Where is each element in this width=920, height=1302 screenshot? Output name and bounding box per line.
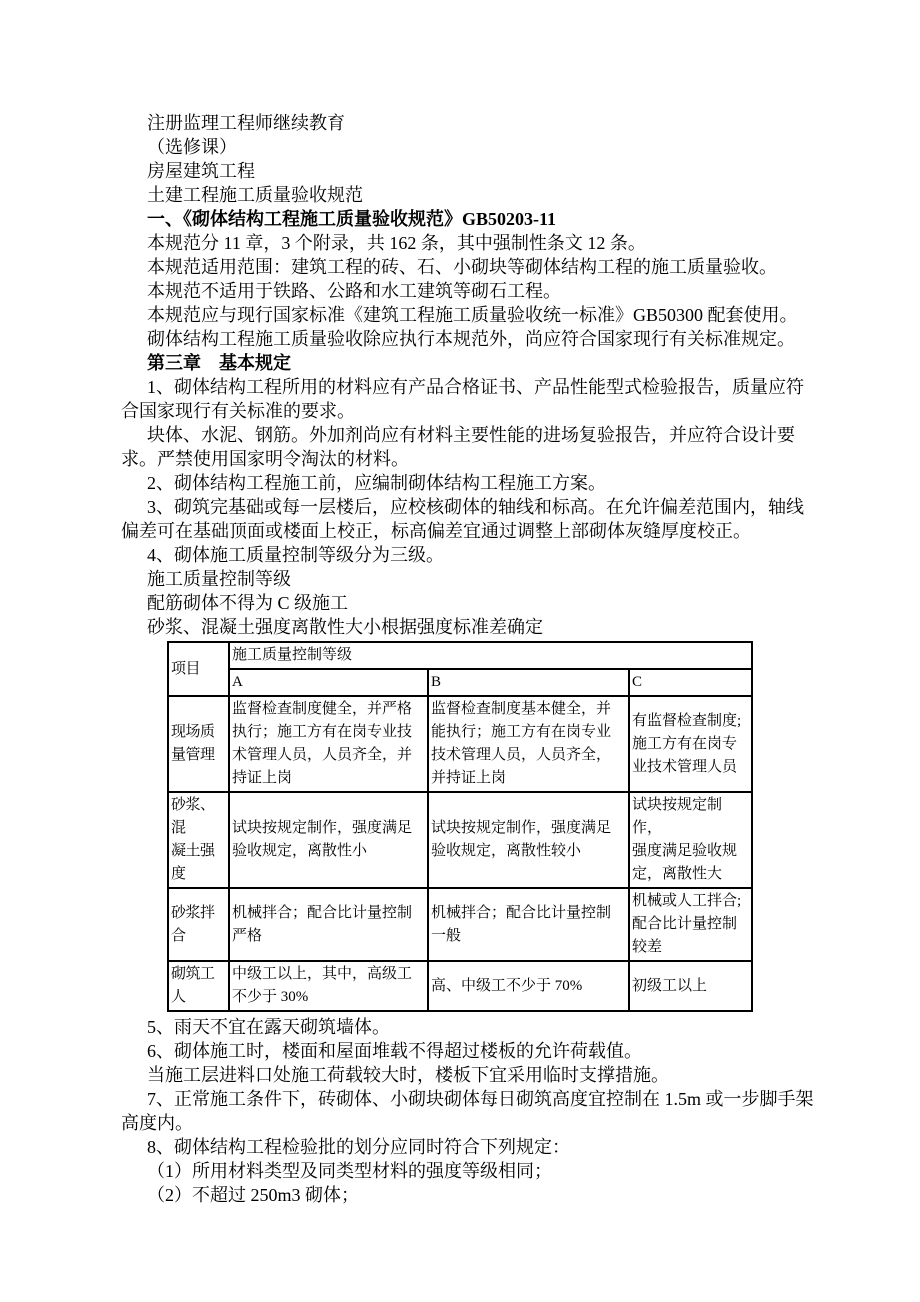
- heading-gb50203: 一、《砌体结构工程施工质量验收规范》GB50203-11: [121, 207, 821, 231]
- paragraph: 砌体结构工程施工质量验收除应执行本规范外，尚应符合国家现行有关标准规定。: [121, 327, 821, 351]
- paragraph: 本规范适用范围：建筑工程的砖、石、小砌块等砌体结构工程的施工质量验收。: [121, 255, 821, 279]
- cell-grade-b: 监督检查制度基本健全，并 能执行；施工方有在岗专业 技术管理人员，人员齐全， 并…: [428, 696, 629, 792]
- table-header-grade-a: A: [229, 669, 428, 696]
- cell-grade-a: 监督检查制度健全，并严格 执行；施工方有在岗专业技 术管理人员，人员齐全，并 持…: [229, 696, 428, 792]
- table-row-site-quality: 现场质 量管理 监督检查制度健全，并严格 执行；施工方有在岗专业技 术管理人员，…: [168, 696, 752, 792]
- paragraph: 砂浆、混凝土强度离散性大小根据强度标准差确定: [121, 615, 821, 639]
- table-header-grade-b: B: [428, 669, 629, 696]
- paragraph: 配筋砌体不得为 C 级施工: [121, 591, 821, 615]
- cell-grade-c: 有监督检查制度; 施工方有在岗专 业技术管理人员: [629, 696, 752, 792]
- table-row-mortar-strength: 砂浆、混 凝土强 度 试块按规定制作，强度满足 验收规定，离散性小 试块按规定制…: [168, 792, 752, 888]
- table-row-mortar-mixing: 砂浆拌 合 机械拌合；配合比计量控制 严格 机械拌合；配合比计量控制 一般 机械…: [168, 888, 752, 961]
- row-item-label: 现场质 量管理: [168, 696, 229, 792]
- paragraph: 5、雨天不宜在露天砌筑墙体。: [121, 1015, 821, 1039]
- paragraph: 当施工层进料口处施工荷载较大时，楼板下宜采用临时支撑措施。: [121, 1063, 821, 1087]
- row-item-label: 砌筑工 人: [168, 961, 229, 1011]
- paragraph: 施工质量控制等级: [121, 567, 821, 591]
- cell-grade-c: 机械或人工拌合; 配合比计量控制 较差: [629, 888, 752, 961]
- table-row-masons: 砌筑工 人 中级工以上，其中，高级工 不少于 30% 高、中级工不少于 70% …: [168, 961, 752, 1011]
- row-item-label: 砂浆、混 凝土强 度: [168, 792, 229, 888]
- row-item-label: 砂浆拌 合: [168, 888, 229, 961]
- table-header-group: 施工质量控制等级: [229, 642, 752, 669]
- paragraph: 8、砌体结构工程检验批的划分应同时符合下列规定：: [121, 1135, 821, 1159]
- paragraph: 房屋建筑工程: [121, 159, 821, 183]
- document-body: 注册监理工程师继续教育 （选修课） 房屋建筑工程 土建工程施工质量验收规范 一、…: [121, 111, 821, 1207]
- paragraph: 本规范应与现行国家标准《建筑工程施工质量验收统一标准》GB50300 配套使用。: [121, 303, 821, 327]
- paragraph: 本规范不适用于铁路、公路和水工建筑等砌石工程。: [121, 279, 821, 303]
- cell-grade-b: 试块按规定制作，强度满足 验收规定，离散性较小: [428, 792, 629, 888]
- cell-grade-c: 初级工以上: [629, 961, 752, 1011]
- cell-grade-b: 高、中级工不少于 70%: [428, 961, 629, 1011]
- table-header-grade-c: C: [629, 669, 752, 696]
- paragraph: 2、砌体结构工程施工前，应编制砌体结构工程施工方案。: [121, 471, 821, 495]
- paragraph: 3、砌筑完基础或每一层楼后，应校核砌体的轴线和标高。在允许偏差范围内，轴线偏差可…: [121, 495, 821, 543]
- paragraph: 土建工程施工质量验收规范: [121, 183, 821, 207]
- quality-control-table: 项目 施工质量控制等级 A B C 现场质 量管理 监督检查制度健全，并严格 执…: [167, 641, 753, 1012]
- cell-grade-a: 机械拌合；配合比计量控制 严格: [229, 888, 428, 961]
- paragraph: 6、砌体施工时，楼面和屋面堆载不得超过楼板的允许荷载值。: [121, 1039, 821, 1063]
- table-header-item: 项目: [168, 642, 229, 696]
- paragraph: 本规范分 11 章，3 个附录，共 162 条，其中强制性条文 12 条。: [121, 231, 821, 255]
- cell-grade-b: 机械拌合；配合比计量控制 一般: [428, 888, 629, 961]
- paragraph: （1）所用材料类型及同类型材料的强度等级相同；: [121, 1159, 821, 1183]
- paragraph: （选修课）: [121, 135, 821, 159]
- cell-grade-c: 试块按规定制作， 强度满足验收规 定，离散性大: [629, 792, 752, 888]
- cell-grade-a: 试块按规定制作，强度满足 验收规定，离散性小: [229, 792, 428, 888]
- paragraph: （2）不超过 250m3 砌体；: [121, 1183, 821, 1207]
- paragraph: 块体、水泥、钢筋。外加剂尚应有材料主要性能的进场复验报告，并应符合设计要求。严禁…: [121, 423, 821, 471]
- paragraph: 7、正常施工条件下，砖砌体、小砌块砌体每日砌筑高度宜控制在 1.5m 或一步脚手…: [121, 1087, 821, 1135]
- paragraph: 1、砌体结构工程所用的材料应有产品合格证书、产品性能型式检验报告，质量应符合国家…: [121, 375, 821, 423]
- cell-grade-a: 中级工以上，其中，高级工 不少于 30%: [229, 961, 428, 1011]
- document-page: 注册监理工程师继续教育 （选修课） 房屋建筑工程 土建工程施工质量验收规范 一、…: [0, 0, 920, 1302]
- heading-chapter-3: 第三章 基本规定: [121, 351, 821, 375]
- table-header-row-2: A B C: [168, 669, 752, 696]
- table-header-row-1: 项目 施工质量控制等级: [168, 642, 752, 669]
- paragraph: 4、砌体施工质量控制等级分为三级。: [121, 543, 821, 567]
- doc-title-line: 注册监理工程师继续教育: [121, 111, 821, 135]
